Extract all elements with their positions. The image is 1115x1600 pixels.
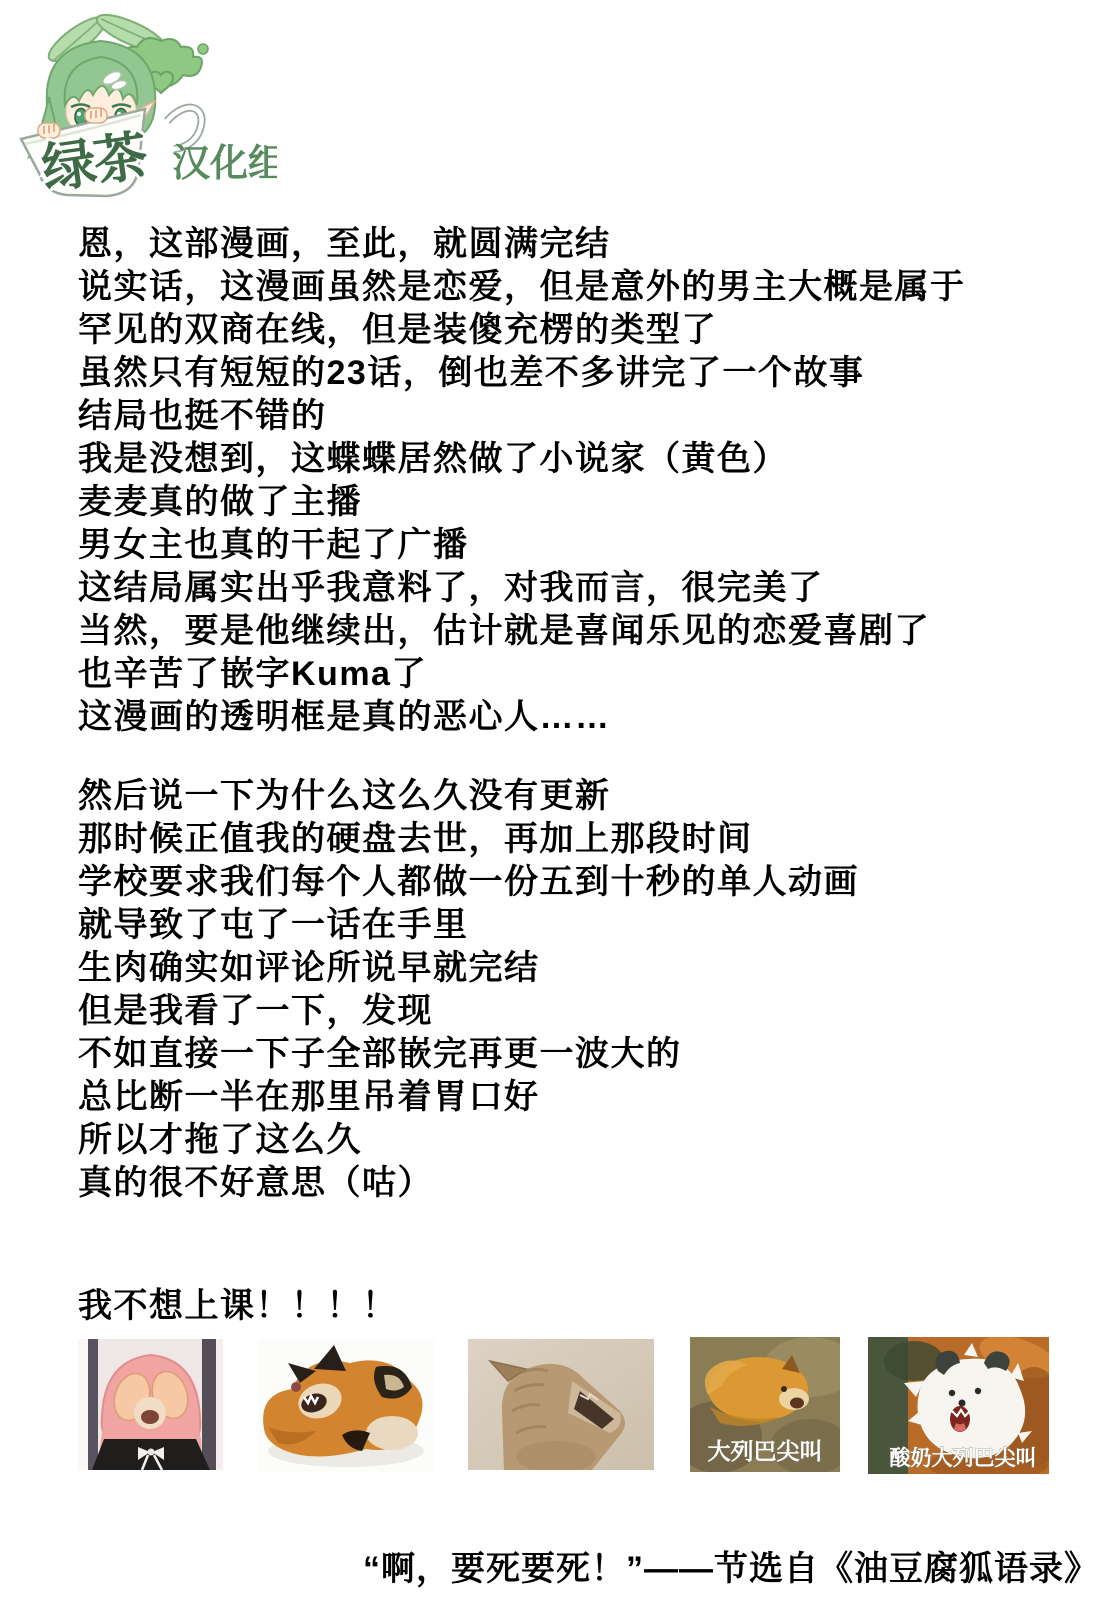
cat-screaming-meme bbox=[468, 1339, 654, 1470]
afterword-paragraph-1: 恩，这部漫画，至此，就圆满完结 说实话，这漫画虽然是恋爱，但是意外的男主大概是属… bbox=[78, 223, 966, 739]
fox-screaming-on-snow-meme bbox=[258, 1339, 434, 1472]
scanlation-group-logo: 绿茶 汉化组 bbox=[15, 5, 277, 205]
footer-quote: “啊，要死要死！”——节选自《油豆腐狐语录》 bbox=[363, 1541, 1099, 1590]
meme-caption: 酸奶大列巴尖叫 bbox=[890, 1446, 1037, 1470]
group-name-text: 汉化组 bbox=[172, 143, 277, 185]
afterword-paragraph-2: 然后说一下为什么这么久没有更新 那时候正值我的硬盘去世，再加上那段时间 学校要求… bbox=[78, 775, 859, 1205]
scanlation-afterword-page: 绿茶 汉化组 恩，这部漫画，至此，就圆满完结 说实话，这漫画虽然是恋爱，但是意外… bbox=[0, 0, 1115, 1600]
anime-girl-crying-meme bbox=[78, 1339, 223, 1470]
meme-caption: 大列巴尖叫 bbox=[708, 1438, 823, 1464]
blurry-fox-scream-meme: 大列巴尖叫 bbox=[690, 1337, 840, 1472]
shout-line: 我不想上课！！！！ bbox=[78, 1285, 398, 1328]
white-fox-scream-meme: 酸奶大列巴尖叫 bbox=[868, 1337, 1049, 1474]
